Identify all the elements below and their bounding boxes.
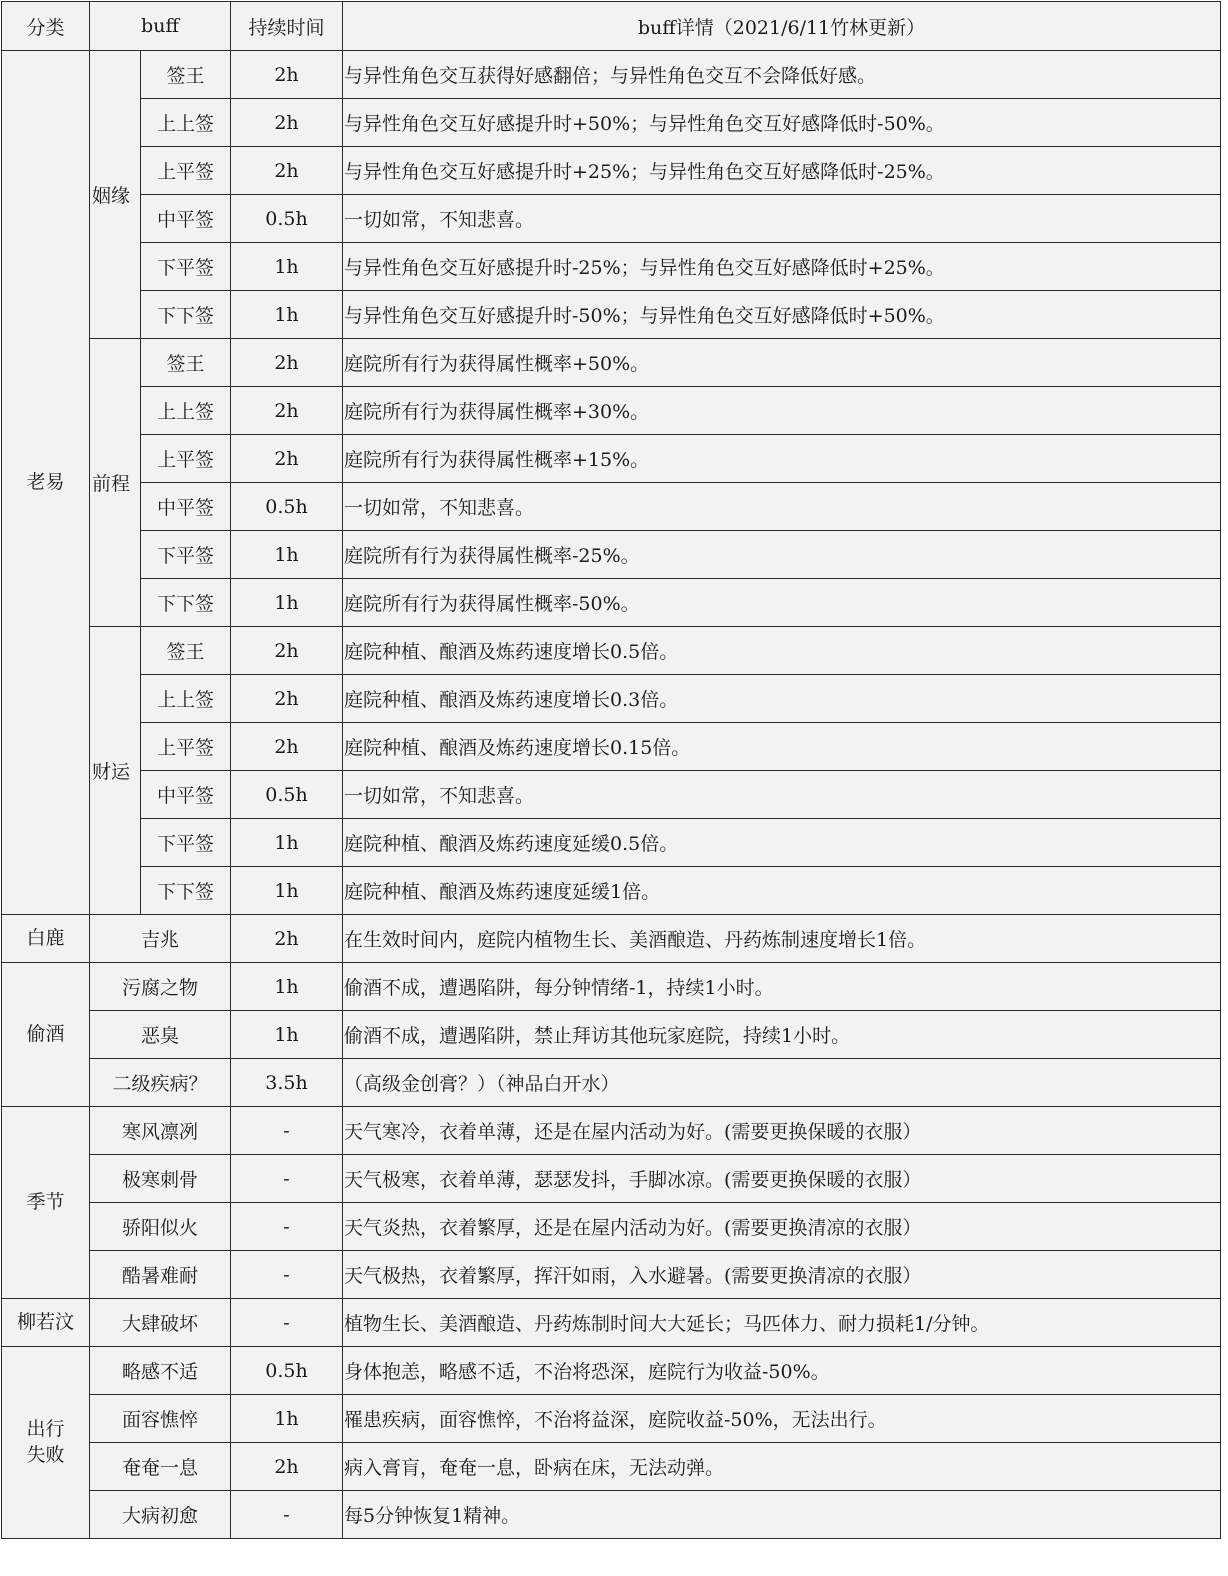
table-row: 下平签 1h 与异性角色交互好感提升时-25%；与异性角色交互好感降低时+25%… [2, 243, 1221, 291]
duration-cell: 1h [231, 819, 343, 867]
category-cell: 出行 失败 [2, 1347, 90, 1539]
detail-cell: 天气极寒，衣着单薄，瑟瑟发抖，手脚冰凉。(需要更换保暖的衣服） [343, 1155, 1221, 1203]
duration-cell: 2h [231, 99, 343, 147]
buff-cell: 中平签 [141, 195, 231, 243]
table-row: 下下签 1h 庭院所有行为获得属性概率-50%。 [2, 579, 1221, 627]
table-row: 骄阳似火 - 天气炎热，衣着繁厚，还是在屋内活动为好。(需要更换清凉的衣服） [2, 1203, 1221, 1251]
buff-table: 分类 buff 持续时间 buff详情（2021/6/11竹林更新） 老易 姻缘… [1, 1, 1221, 1539]
detail-cell: （高级金创膏？）（神品白开水） [343, 1059, 1221, 1107]
table-row: 出行 失败 略感不适 0.5h 身体抱恙，略感不适，不治将恐深，庭院行为收益-5… [2, 1347, 1221, 1395]
table-row: 面容憔悴 1h 罹患疾病，面容憔悴，不治将益深，庭院收益-50%，无法出行。 [2, 1395, 1221, 1443]
table-row: 酷暑难耐 - 天气极热，衣着繁厚，挥汗如雨，入水避暑。(需要更换清凉的衣服） [2, 1251, 1221, 1299]
detail-cell: 一切如常，不知悲喜。 [343, 195, 1221, 243]
duration-cell: - [231, 1251, 343, 1299]
detail-cell: 庭院种植、酿酒及炼药速度增长0.5倍。 [343, 627, 1221, 675]
detail-cell: 庭院种植、酿酒及炼药速度延缓1倍。 [343, 867, 1221, 915]
table-row: 恶臭 1h 偷酒不成，遭遇陷阱，禁止拜访其他玩家庭院，持续1小时。 [2, 1011, 1221, 1059]
duration-cell: 1h [231, 291, 343, 339]
buff-cell: 上平签 [141, 147, 231, 195]
detail-cell: 身体抱恙，略感不适，不治将恐深，庭院行为收益-50%。 [343, 1347, 1221, 1395]
table-row: 上平签 2h 庭院种植、酿酒及炼药速度增长0.15倍。 [2, 723, 1221, 771]
category-cell: 白鹿 [2, 915, 90, 963]
buff-cell: 签王 [141, 627, 231, 675]
duration-cell: - [231, 1203, 343, 1251]
duration-cell: 1h [231, 579, 343, 627]
buff-cell: 下下签 [141, 579, 231, 627]
category-cell: 季节 [2, 1107, 90, 1299]
detail-cell: 在生效时间内，庭院内植物生长、美酒酿造、丹药炼制速度增长1倍。 [343, 915, 1221, 963]
buff-cell: 二级疾病？ [90, 1059, 231, 1107]
buff-cell: 上平签 [141, 723, 231, 771]
buff-cell: 签王 [141, 51, 231, 99]
buff-cell: 上平签 [141, 435, 231, 483]
table-row: 中平签 0.5h 一切如常，不知悲喜。 [2, 195, 1221, 243]
table-row: 中平签 0.5h 一切如常，不知悲喜。 [2, 483, 1221, 531]
duration-cell: 0.5h [231, 483, 343, 531]
duration-cell: 2h [231, 1443, 343, 1491]
table-row: 下平签 1h 庭院所有行为获得属性概率-25%。 [2, 531, 1221, 579]
buff-cell: 吉兆 [90, 915, 231, 963]
table-row: 白鹿 吉兆 2h 在生效时间内，庭院内植物生长、美酒酿造、丹药炼制速度增长1倍。 [2, 915, 1221, 963]
table-row: 上平签 2h 与异性角色交互好感提升时+25%；与异性角色交互好感降低时-25%… [2, 147, 1221, 195]
table-row: 中平签 0.5h 一切如常，不知悲喜。 [2, 771, 1221, 819]
table-row: 季节 寒风凛冽 - 天气寒冷，衣着单薄，还是在屋内活动为好。(需要更换保暖的衣服… [2, 1107, 1221, 1155]
detail-cell: 病入膏肓，奄奄一息，卧病在床，无法动弹。 [343, 1443, 1221, 1491]
buff-cell: 极寒刺骨 [90, 1155, 231, 1203]
detail-cell: 庭院种植、酿酒及炼药速度延缓0.5倍。 [343, 819, 1221, 867]
detail-cell: 庭院种植、酿酒及炼药速度增长0.3倍。 [343, 675, 1221, 723]
buff-cell: 下下签 [141, 291, 231, 339]
duration-cell: 2h [231, 387, 343, 435]
duration-cell: 2h [231, 675, 343, 723]
duration-cell: 0.5h [231, 771, 343, 819]
buff-cell: 骄阳似火 [90, 1203, 231, 1251]
buff-cell: 下平签 [141, 531, 231, 579]
duration-cell: - [231, 1155, 343, 1203]
duration-cell: 1h [231, 243, 343, 291]
buff-cell: 下平签 [141, 819, 231, 867]
detail-cell: 庭院所有行为获得属性概率+50%。 [343, 339, 1221, 387]
detail-cell: 天气寒冷，衣着单薄，还是在屋内活动为好。(需要更换保暖的衣服） [343, 1107, 1221, 1155]
header-category: 分类 [2, 2, 90, 51]
buff-cell: 酷暑难耐 [90, 1251, 231, 1299]
header-duration: 持续时间 [231, 2, 343, 51]
subgroup-cell: 姻缘 [90, 51, 141, 339]
category-cell: 偷酒 [2, 963, 90, 1107]
buff-cell: 略感不适 [90, 1347, 231, 1395]
duration-cell: 1h [231, 531, 343, 579]
buff-cell: 污腐之物 [90, 963, 231, 1011]
detail-cell: 庭院所有行为获得属性概率+30%。 [343, 387, 1221, 435]
category-cell: 老易 [2, 51, 90, 915]
detail-cell: 与异性角色交互好感提升时-25%；与异性角色交互好感降低时+25%。 [343, 243, 1221, 291]
buff-cell: 上上签 [141, 387, 231, 435]
detail-cell: 与异性角色交互获得好感翻倍；与异性角色交互不会降低好感。 [343, 51, 1221, 99]
table-row: 大病初愈 - 每5分钟恢复1精神。 [2, 1491, 1221, 1539]
duration-cell: 0.5h [231, 1347, 343, 1395]
buff-cell: 上上签 [141, 99, 231, 147]
detail-cell: 天气炎热，衣着繁厚，还是在屋内活动为好。(需要更换清凉的衣服） [343, 1203, 1221, 1251]
table-row: 上平签 2h 庭院所有行为获得属性概率+15%。 [2, 435, 1221, 483]
buff-cell: 奄奄一息 [90, 1443, 231, 1491]
detail-cell: 庭院所有行为获得属性概率-25%。 [343, 531, 1221, 579]
table-row: 二级疾病？ 3.5h （高级金创膏？）（神品白开水） [2, 1059, 1221, 1107]
detail-cell: 天气极热，衣着繁厚，挥汗如雨，入水避暑。(需要更换清凉的衣服） [343, 1251, 1221, 1299]
detail-cell: 植物生长、美酒酿造、丹药炼制时间大大延长；马匹体力、耐力损耗1/分钟。 [343, 1299, 1221, 1347]
category-line: 失败 [2, 1443, 89, 1469]
detail-cell: 每5分钟恢复1精神。 [343, 1491, 1221, 1539]
duration-cell: 2h [231, 627, 343, 675]
category-line: 出行 [2, 1417, 89, 1443]
detail-cell: 庭院种植、酿酒及炼药速度增长0.15倍。 [343, 723, 1221, 771]
detail-cell: 偷酒不成，遭遇陷阱，每分钟情绪-1，持续1小时。 [343, 963, 1221, 1011]
detail-cell: 与异性角色交互好感提升时-50%；与异性角色交互好感降低时+50%。 [343, 291, 1221, 339]
table-row: 奄奄一息 2h 病入膏肓，奄奄一息，卧病在床，无法动弹。 [2, 1443, 1221, 1491]
duration-cell: - [231, 1491, 343, 1539]
duration-cell: 3.5h [231, 1059, 343, 1107]
buff-cell: 恶臭 [90, 1011, 231, 1059]
table-row: 下平签 1h 庭院种植、酿酒及炼药速度延缓0.5倍。 [2, 819, 1221, 867]
table-row: 财运 签王 2h 庭院种植、酿酒及炼药速度增长0.5倍。 [2, 627, 1221, 675]
duration-cell: 2h [231, 51, 343, 99]
duration-cell: - [231, 1107, 343, 1155]
duration-cell: 1h [231, 1011, 343, 1059]
detail-cell: 一切如常，不知悲喜。 [343, 771, 1221, 819]
duration-cell: 0.5h [231, 195, 343, 243]
table-row: 上上签 2h 庭院所有行为获得属性概率+30%。 [2, 387, 1221, 435]
table-row: 极寒刺骨 - 天气极寒，衣着单薄，瑟瑟发抖，手脚冰凉。(需要更换保暖的衣服） [2, 1155, 1221, 1203]
detail-cell: 庭院所有行为获得属性概率-50%。 [343, 579, 1221, 627]
buff-cell: 大病初愈 [90, 1491, 231, 1539]
detail-cell: 与异性角色交互好感提升时+50%；与异性角色交互好感降低时-50%。 [343, 99, 1221, 147]
detail-cell: 庭院所有行为获得属性概率+15%。 [343, 435, 1221, 483]
header-detail: buff详情（2021/6/11竹林更新） [343, 2, 1221, 51]
buff-cell: 下平签 [141, 243, 231, 291]
table-row: 下下签 1h 庭院种植、酿酒及炼药速度延缓1倍。 [2, 867, 1221, 915]
buff-cell: 下下签 [141, 867, 231, 915]
buff-cell: 上上签 [141, 675, 231, 723]
duration-cell: - [231, 1299, 343, 1347]
detail-cell: 偷酒不成，遭遇陷阱，禁止拜访其他玩家庭院，持续1小时。 [343, 1011, 1221, 1059]
duration-cell: 2h [231, 435, 343, 483]
duration-cell: 2h [231, 915, 343, 963]
detail-cell: 一切如常，不知悲喜。 [343, 483, 1221, 531]
buff-cell: 大肆破坏 [90, 1299, 231, 1347]
table-row: 柳若汶 大肆破坏 - 植物生长、美酒酿造、丹药炼制时间大大延长；马匹体力、耐力损… [2, 1299, 1221, 1347]
duration-cell: 2h [231, 147, 343, 195]
detail-cell: 与异性角色交互好感提升时+25%；与异性角色交互好感降低时-25%。 [343, 147, 1221, 195]
duration-cell: 1h [231, 963, 343, 1011]
buff-cell: 中平签 [141, 771, 231, 819]
table-row: 下下签 1h 与异性角色交互好感提升时-50%；与异性角色交互好感降低时+50%… [2, 291, 1221, 339]
duration-cell: 2h [231, 723, 343, 771]
header-buff: buff [90, 2, 231, 51]
subgroup-cell: 前程 [90, 339, 141, 627]
table-row: 上上签 2h 与异性角色交互好感提升时+50%；与异性角色交互好感降低时-50%… [2, 99, 1221, 147]
table-row: 前程 签王 2h 庭院所有行为获得属性概率+50%。 [2, 339, 1221, 387]
buff-cell: 寒风凛冽 [90, 1107, 231, 1155]
table-row: 偷酒 污腐之物 1h 偷酒不成，遭遇陷阱，每分钟情绪-1，持续1小时。 [2, 963, 1221, 1011]
table-header-row: 分类 buff 持续时间 buff详情（2021/6/11竹林更新） [2, 2, 1221, 51]
buff-cell: 中平签 [141, 483, 231, 531]
buff-cell: 面容憔悴 [90, 1395, 231, 1443]
buff-cell: 签王 [141, 339, 231, 387]
duration-cell: 2h [231, 339, 343, 387]
duration-cell: 1h [231, 867, 343, 915]
subgroup-cell: 财运 [90, 627, 141, 915]
duration-cell: 1h [231, 1395, 343, 1443]
category-cell: 柳若汶 [2, 1299, 90, 1347]
table-row: 老易 姻缘 签王 2h 与异性角色交互获得好感翻倍；与异性角色交互不会降低好感。 [2, 51, 1221, 99]
table-row: 上上签 2h 庭院种植、酿酒及炼药速度增长0.3倍。 [2, 675, 1221, 723]
detail-cell: 罹患疾病，面容憔悴，不治将益深，庭院收益-50%，无法出行。 [343, 1395, 1221, 1443]
